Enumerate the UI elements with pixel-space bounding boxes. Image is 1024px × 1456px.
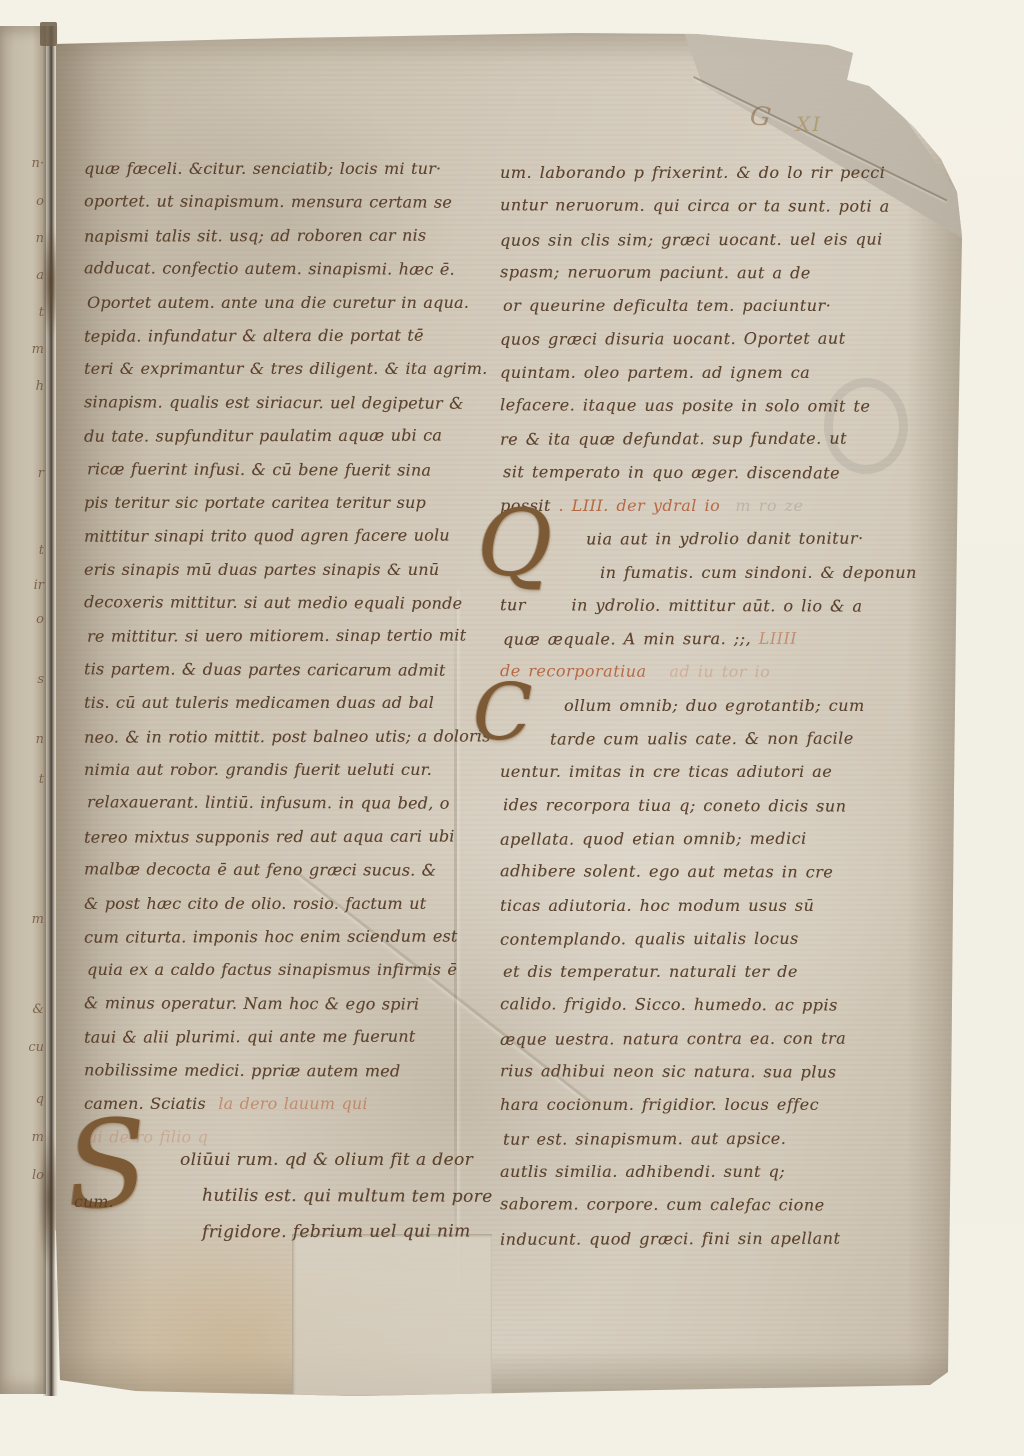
manuscript-line: sit temperato in quo æger. discendate: [503, 455, 940, 490]
manuscript-line: malbæ decocta ē aut feno græci sucus. &: [84, 852, 486, 887]
manuscript-line: neo. & in rotio mittit. post balneo utis…: [84, 719, 486, 754]
manuscript-line: tepida. infundatur & altera die portat t…: [84, 318, 486, 353]
manuscript-line: du tate. supfunditur paulatim aquæ ubi c…: [84, 418, 486, 453]
text-run: tarde cum ualis cate. & non facile: [550, 729, 854, 749]
text-run: æque uestra. natura contra ea. con tra: [500, 1028, 846, 1048]
manuscript-line: quos græci disuria uocant. Oportet aut: [500, 322, 940, 357]
text-run: malbæ decocta ē aut feno græci sucus. &: [84, 859, 436, 879]
text-run: in fumatis. cum sindoni. & deponun: [600, 563, 917, 582]
manuscript-line: tis partem. & duas partes caricarum admi…: [84, 652, 486, 687]
manuscript-line: mittitur sinapi trito quod agren facere …: [84, 519, 486, 554]
text-run: apellata. quod etian omnib; medici: [500, 829, 807, 849]
text-run: napismi talis sit. usq; ad roboren car n…: [84, 225, 426, 245]
text-run: taui & alii plurimi. qui ante me fuerunt: [84, 1027, 415, 1047]
manuscript-line: uentur. imitas in cre ticas adiutori ae: [500, 755, 940, 788]
text-run: nimia aut robor. grandis fuerit ueluti c…: [84, 760, 432, 779]
text-run: uia aut in ydrolio danit tonitur·: [586, 529, 864, 549]
manuscript-line: saborem. corpore. cum calefac cione: [500, 1187, 940, 1222]
text-run: quæ fæceli. &citur. senciatib; locis mi …: [84, 159, 441, 178]
text-run: tis. cū aut tuleris medicamen duas ad ba…: [84, 693, 434, 712]
manuscript-line: quia ex a caldo factus sinapismus infirm…: [87, 953, 486, 986]
text-run: frigidore. febrium uel qui nim: [202, 1221, 471, 1242]
manuscript-line: adhibere solent. ego aut metas in cre: [500, 854, 940, 889]
text-run: adducat. confectio autem. sinapismi. hæc…: [84, 258, 455, 278]
text-run: quintam. oleo partem. ad ignem ca: [500, 363, 810, 382]
manuscript-line: contemplando. qualis uitalis locus: [500, 921, 940, 956]
initial-c: C: [473, 674, 533, 752]
manuscript-line: re & ita quæ defundat. sup fundate. ut: [500, 422, 940, 457]
manuscript-line: lefacere. itaque uas posite in solo omit…: [500, 388, 940, 423]
manuscript-line: teri & exprimantur & tres diligent. & it…: [84, 352, 486, 385]
manuscript-photo: n·onatmhrtirosntm&cuqmlo G XI quæ fæceli…: [0, 0, 1024, 1456]
manuscript-line: quæ æquale. A min sura. ;;, LIIII: [503, 621, 940, 656]
text-column-left: quæ fæceli. &citur. senciatib; locis mi …: [84, 152, 486, 1154]
catchword-cum: cum.: [74, 1192, 114, 1211]
text-run: calido. frigido. Sicco. humedo. ac ppis: [500, 995, 838, 1015]
text-run: neo. & in rotio mittit. post balneo utis…: [84, 726, 491, 746]
text-run: adhibere solent. ego aut metas in cre: [500, 861, 833, 881]
manuscript-line: ollum omnib; duo egrotantib; cum: [500, 689, 940, 722]
text-run: & post hæc cito de olio. rosio. factum u…: [84, 894, 426, 913]
text-run: sinapism. qualis est siriacur. uel degip…: [84, 392, 464, 412]
text-run: hara cocionum. frigidior. locus effec: [500, 1095, 819, 1114]
manuscript-line: nimia aut robor. grandis fuerit ueluti c…: [84, 753, 486, 786]
text-run: cum citurta. imponis hoc enim sciendum e…: [84, 926, 458, 946]
text-run: hutilis est. qui multum tem pore: [202, 1186, 493, 1207]
manuscript-line: adducat. confectio autem. sinapismi. hæc…: [84, 251, 486, 286]
text-run: rius adhibui neon sic natura. sua plus: [500, 1061, 837, 1081]
text-run: relaxauerant. lintiū. infusum. in qua be…: [87, 793, 450, 813]
manuscript-line: possit . LIII. der ydral io m ro ze: [500, 489, 940, 522]
manuscript-line: nobilissime medici. ppriæ autem med: [84, 1053, 486, 1088]
text-run: tur in ydrolio. mittitur aūt. o lio & a: [500, 595, 863, 615]
text-run: . LIII. der ydral io: [558, 496, 720, 515]
manuscript-line: quintam. oleo partem. ad ignem ca: [500, 356, 940, 389]
text-run: quos græci disuria uocant. Oportet aut: [500, 329, 846, 349]
manuscript-line: untur neruorum. qui circa or ta sunt. po…: [500, 188, 940, 223]
text-run: tereo mixtus supponis red aut aqua cari …: [84, 826, 455, 846]
text-run: LIIII: [759, 629, 797, 648]
manuscript-line: ides recorpora tiua q; coneto dicis sun: [503, 788, 940, 823]
text-run: um. laborando p frixerint. & do lo rir p…: [500, 163, 885, 182]
manuscript-line: ticas adiutoria. hoc modum usus sū: [500, 889, 940, 922]
manuscript-line: uia aut in ydrolio danit tonitur·: [500, 522, 940, 557]
text-run: la dero lauum qui: [218, 1094, 367, 1113]
text-run: oportet. ut sinapismum. mensura certam s…: [84, 192, 452, 212]
manuscript-line: inducunt. quod græci. fini sin apellant: [500, 1221, 940, 1256]
text-run: Oportet autem. ante una die curetur in a…: [87, 293, 469, 312]
text-run: et dis temperatur. naturali ter de: [503, 962, 798, 981]
manuscript-line: tur est. sinapismum. aut apsice.: [503, 1121, 940, 1156]
text-run: oliūui rum. qd & olium fit a deor: [180, 1150, 473, 1170]
manuscript-line: apellata. quod etian omnib; medici: [500, 821, 940, 856]
text-run: tepida. infundatur & altera die portat t…: [84, 326, 424, 346]
text-run: quia ex a caldo factus sinapismus infirm…: [87, 960, 457, 979]
text-run: contemplando. qualis uitalis locus: [500, 929, 799, 949]
manuscript-line: & post hæc cito de olio. rosio. factum u…: [84, 887, 486, 920]
text-run: re & ita quæ defundat. sup fundate. ut: [500, 429, 847, 449]
text-run: uentur. imitas in cre ticas adiutori ae: [500, 762, 832, 781]
binding-tab: [40, 22, 57, 46]
text-run: saborem. corpore. cum calefac cione: [500, 1194, 825, 1214]
text-run: quos sin clis sim; græci uocant. uel eis…: [500, 229, 883, 249]
text-run: eris sinapis mū duas partes sinapis & un…: [84, 560, 439, 579]
manuscript-line: ricæ fuerint infusi. & cū bene fuerit si…: [87, 452, 486, 487]
repair-patch: [292, 1234, 492, 1396]
manuscript-line: rius adhibui neon sic natura. sua plus: [500, 1054, 940, 1089]
manuscript-line: & minus operatur. Nam hoc & ego spiri: [84, 986, 486, 1021]
facing-page-text-fragment: cu: [28, 1040, 44, 1055]
manuscript-line: æque uestra. natura contra ea. con tra: [500, 1021, 940, 1056]
manuscript-line: autlis similia. adhibendi. sunt q;: [500, 1155, 940, 1188]
text-run: ides recorpora tiua q; coneto dicis sun: [503, 795, 846, 815]
parchment-page: G XI quæ fæceli. &citur. senciatib; loci…: [56, 30, 962, 1396]
folio-number: XI: [796, 112, 822, 136]
manuscript-line: calido. frigido. Sicco. humedo. ac ppis: [500, 988, 940, 1023]
manuscript-line: quæ fæceli. &citur. senciatib; locis mi …: [84, 152, 486, 185]
text-run: ollum omnib; duo egrotantib; cum: [564, 696, 865, 715]
manuscript-line: tis. cū aut tuleris medicamen duas ad ba…: [84, 686, 486, 719]
text-run: ricæ fuerint infusi. & cū bene fuerit si…: [87, 459, 431, 479]
text-run: lefacere. itaque uas posite in solo omit…: [500, 395, 870, 415]
manuscript-line: eris sinapis mū duas partes sinapis & un…: [84, 553, 486, 586]
manuscript-line: spasm; neruorum paciunt. aut a de: [500, 255, 940, 290]
manuscript-line: napismi talis sit. usq; ad roboren car n…: [84, 218, 486, 253]
text-run: du tate. supfunditur paulatim aquæ ubi c…: [84, 426, 442, 446]
manuscript-line: um. laborando p frixerint. & do lo rir p…: [500, 156, 940, 189]
text-run: & minus operatur. Nam hoc & ego spiri: [84, 993, 419, 1013]
text-run: pis teritur sic portate caritea teritur …: [84, 493, 426, 512]
text-run: re mittitur. si uero mitiorem. sinap ter…: [87, 626, 466, 646]
manuscript-line: cum citurta. imponis hoc enim sciendum e…: [84, 919, 486, 954]
text-run: m ro ze: [720, 496, 803, 515]
text-run: untur neruorum. qui circa or ta sunt. po…: [500, 195, 890, 215]
manuscript-line: tur in ydrolio. mittitur aūt. o lio & a: [500, 588, 940, 623]
manuscript-line: sinapism. qualis est siriacur. uel degip…: [84, 385, 486, 420]
text-run: tis partem. & duas partes caricarum admi…: [84, 659, 446, 679]
text-run: spasm; neruorum paciunt. aut a de: [500, 262, 811, 282]
text-run: inducunt. quod græci. fini sin apellant: [500, 1228, 840, 1248]
text-run: tur est. sinapismum. aut apsice.: [503, 1128, 786, 1148]
text-run: quæ æquale. A min sura. ;;,: [503, 629, 759, 649]
text-run: ticas adiutoria. hoc modum usus sū: [500, 896, 814, 915]
manuscript-line: re mittitur. si uero mitiorem. sinap ter…: [87, 619, 486, 654]
manuscript-line: decoxeris mittitur. si aut medio equali …: [84, 585, 486, 620]
manuscript-line: tereo mixtus supponis red aut aqua cari …: [84, 819, 486, 854]
initial-q: Q: [477, 498, 552, 590]
text-run: teri & exprimantur & tres diligent. & it…: [84, 359, 487, 378]
text-column-right: um. laborando p frixerint. & do lo rir p…: [500, 156, 940, 1255]
manuscript-line: quos sin clis sim; græci uocant. uel eis…: [500, 222, 940, 257]
manuscript-line: taui & alii plurimi. qui ante me fuerunt: [84, 1020, 486, 1055]
text-run: sit temperato in quo æger. discendate: [503, 462, 840, 482]
quire-mark: G: [748, 101, 773, 134]
text-run: autlis similia. adhibendi. sunt q;: [500, 1162, 785, 1181]
text-run: nobilissime medici. ppriæ autem med: [84, 1060, 400, 1080]
manuscript-line: pis teritur sic portate caritea teritur …: [84, 486, 486, 519]
manuscript-line: tarde cum ualis cate. & non facile: [500, 721, 940, 756]
manuscript-line: in fumatis. cum sindoni. & deponun: [500, 556, 940, 589]
text-run: ad iu tor io: [654, 662, 770, 681]
manuscript-line: et dis temperatur. naturali ter de: [503, 955, 940, 988]
manuscript-line: de recorporatiua ad iu tor io: [500, 655, 940, 690]
text-run: or queurine deficulta tem. paciuntur·: [503, 296, 831, 315]
text-run: decoxeris mittitur. si aut medio equali …: [84, 592, 462, 612]
manuscript-line: oportet. ut sinapismum. mensura certam s…: [84, 185, 486, 220]
manuscript-line: Oportet autem. ante una die curetur in a…: [87, 286, 486, 319]
text-run: mittitur sinapi trito quod agren facere …: [84, 526, 450, 546]
manuscript-line: hara cocionum. frigidior. locus effec: [500, 1088, 940, 1121]
manuscript-line: relaxauerant. lintiū. infusum. in qua be…: [87, 786, 486, 821]
manuscript-line: or queurine deficulta tem. paciuntur·: [503, 289, 940, 322]
